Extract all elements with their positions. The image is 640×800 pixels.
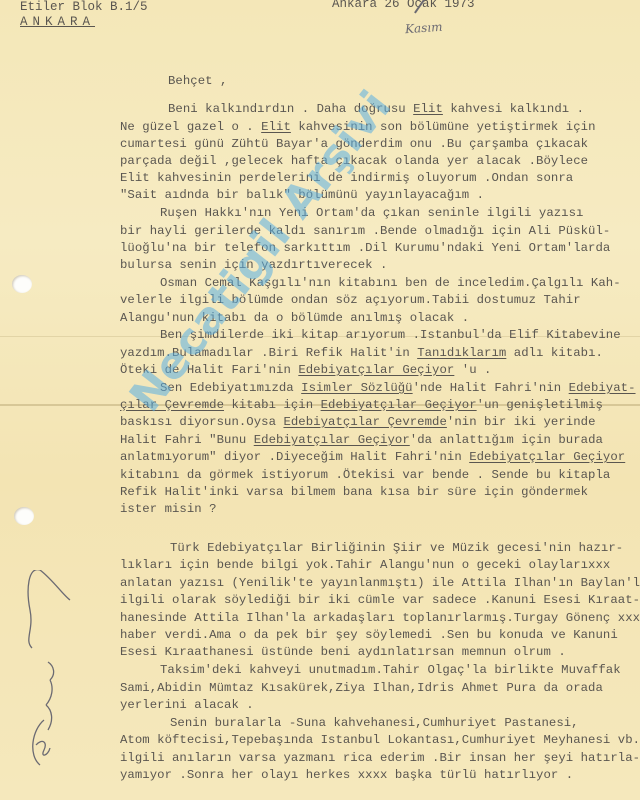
line-text: anlatmıyorum" diyor .Diyeceğim Halit Fah…: [120, 450, 469, 464]
punch-hole: [14, 507, 34, 525]
underlined-title: Tanıdıklarım: [417, 346, 506, 360]
line-text: Taksim'deki kahveyi unutmadım.Tahir Olga…: [160, 663, 621, 677]
line-text: lüoğlu'na bir telefon sarkıttım .Dil Kur…: [120, 241, 610, 255]
underlined-title: Edebiyat-: [569, 381, 636, 395]
sender-address: Etiler Blok B.1/5 ANKARA: [20, 0, 148, 30]
line-text: kitabını da görmek istiyorum .Ötekisi va…: [120, 468, 610, 482]
letter-line: Halit Fahri "Bunu Edebiyatçılar Geçiyor'…: [120, 433, 603, 447]
line-text: lıkları için bende bilgi yok.Tahir Alang…: [120, 558, 610, 572]
line-text: kahvesi kalkındı .: [443, 102, 584, 116]
line-text: Senin buralarla -Suna kahvehanesi,Cumhur…: [170, 716, 579, 730]
underlined-title: Edebiyatçılar Geçiyor: [321, 398, 477, 412]
letter-line: haber verdi.Ama o da pek bir şey söyleme…: [120, 628, 618, 642]
letter-line: lüoğlu'na bir telefon sarkıttım .Dil Kur…: [120, 241, 610, 255]
letter-line: Ruşen Hakkı'nın Yeni Ortam'da çıkan seni…: [160, 206, 583, 220]
letter-line: Senin buralarla -Suna kahvehanesi,Cumhur…: [170, 716, 579, 730]
city: ANKARA: [20, 15, 148, 30]
underlined-title: Edebiyatçılar Çevremde: [283, 415, 446, 429]
letter-page: Etiler Blok B.1/5 ANKARA Ankara 26 Ocak …: [0, 0, 640, 800]
line-text: 'nde Halit Fahri'nin: [413, 381, 569, 395]
signature-icon: [18, 570, 78, 770]
line-text: yerlerini alacak .: [120, 698, 254, 712]
line-text: bir hayli gerilerde kaldı sanırım .Bende…: [120, 224, 610, 238]
letter-line: Atom köftecisi,Tepebaşında Istanbul Loka…: [120, 733, 640, 747]
line-text: yamıyor .Sonra her olayı herkes xxxx baş…: [120, 768, 573, 782]
letter-line: baskısı diyorsun.Oysa Edebiyatçılar Çevr…: [120, 415, 596, 429]
line-text: ilgili anıların varsa yazmanı rica ederi…: [120, 751, 640, 765]
underlined-title: Elit: [261, 120, 291, 134]
letter-line: çılar Çevremde kitabı için Edebiyatçılar…: [120, 398, 603, 412]
line-text: 'un genişletilmiş: [477, 398, 603, 412]
line-text: Ruşen Hakkı'nın Yeni Ortam'da çıkan seni…: [160, 206, 583, 220]
line-text: Ne güzel gazel o .: [120, 120, 261, 134]
letter-line: Sami,Abidin Mümtaz Kısakürek,Ziya Ilhan,…: [120, 681, 603, 695]
letter-line: Esesi Kıraathanesi üstünde beni aydınlat…: [120, 645, 566, 659]
letter-date: Ankara 26 Ocak 1973: [332, 0, 475, 11]
line-text: anlatan yazısı (Yenilik'te yayınlanmıştı…: [120, 576, 640, 590]
underlined-title: Edebiyatçılar Geçiyor: [469, 450, 625, 464]
letter-line: Sen Edebiyatımızda Isimler Sözlüğü'nde H…: [160, 381, 636, 395]
line-text: Halit Fahri "Bunu: [120, 433, 254, 447]
line-text: baskısı diyorsun.Oysa: [120, 415, 283, 429]
line-text: kitabı için: [224, 398, 321, 412]
letter-line: anlatan yazısı (Yenilik'te yayınlanmıştı…: [120, 576, 640, 590]
letter-line: bir hayli gerilerde kaldı sanırım .Bende…: [120, 224, 610, 238]
handwritten-correction: Kasım: [405, 20, 443, 37]
letter-line: hanesinde Attila Ilhan'la arkadaşları to…: [120, 611, 640, 625]
underlined-title: Isimler Sözlüğü: [301, 381, 412, 395]
letter-line: Taksim'deki kahveyi unutmadım.Tahir Olga…: [160, 663, 621, 677]
letter-line: ister misin ?: [120, 502, 217, 516]
line-text: adlı kitabı.: [506, 346, 603, 360]
letter-line: kitabını da görmek istiyorum .Ötekisi va…: [120, 468, 610, 482]
line-text: Türk Edebiyatçılar Birliğinin Şiir ve Mü…: [170, 541, 623, 555]
line-text: haber verdi.Ama o da pek bir şey söyleme…: [120, 628, 618, 642]
line-text: ister misin ?: [120, 502, 217, 516]
line-text: Atom köftecisi,Tepebaşında Istanbul Loka…: [120, 733, 640, 747]
underlined-title: Edebiyatçılar Geçiyor: [254, 433, 410, 447]
salutation: Behçet ,: [168, 74, 227, 88]
line-text: 'u .: [454, 363, 491, 377]
letter-line: Türk Edebiyatçılar Birliğinin Şiir ve Mü…: [170, 541, 623, 555]
underlined-title: Elit: [413, 102, 443, 116]
punch-hole: [12, 275, 32, 293]
line-text: ilgili olarak söylediği bir iki cümle va…: [120, 593, 640, 607]
letter-line: anlatmıyorum" diyor .Diyeceğim Halit Fah…: [120, 450, 625, 464]
letter-line: ilgili anıların varsa yazmanı rica ederi…: [120, 751, 640, 765]
letter-line: ilgili olarak söylediği bir iki cümle va…: [120, 593, 640, 607]
line-text: 'nin bir iki yerinde: [447, 415, 596, 429]
underlined-title: Edebiyatçılar Geçiyor: [298, 363, 454, 377]
letter-line: yerlerini alacak .: [120, 698, 254, 712]
letter-line: lıkları için bende bilgi yok.Tahir Alang…: [120, 558, 610, 572]
address-line: Etiler Blok B.1/5: [20, 0, 148, 15]
letter-line: Refik Halit'inki varsa bilmem bana kısa …: [120, 485, 588, 499]
line-text: 'da anlattığım için burada: [410, 433, 603, 447]
line-text: Esesi Kıraathanesi üstünde beni aydınlat…: [120, 645, 566, 659]
line-text: Refik Halit'inki varsa bilmem bana kısa …: [120, 485, 588, 499]
line-text: Sami,Abidin Mümtaz Kısakürek,Ziya Ilhan,…: [120, 681, 603, 695]
line-text: hanesinde Attila Ilhan'la arkadaşları to…: [120, 611, 640, 625]
letter-line: yamıyor .Sonra her olayı herkes xxxx baş…: [120, 768, 573, 782]
